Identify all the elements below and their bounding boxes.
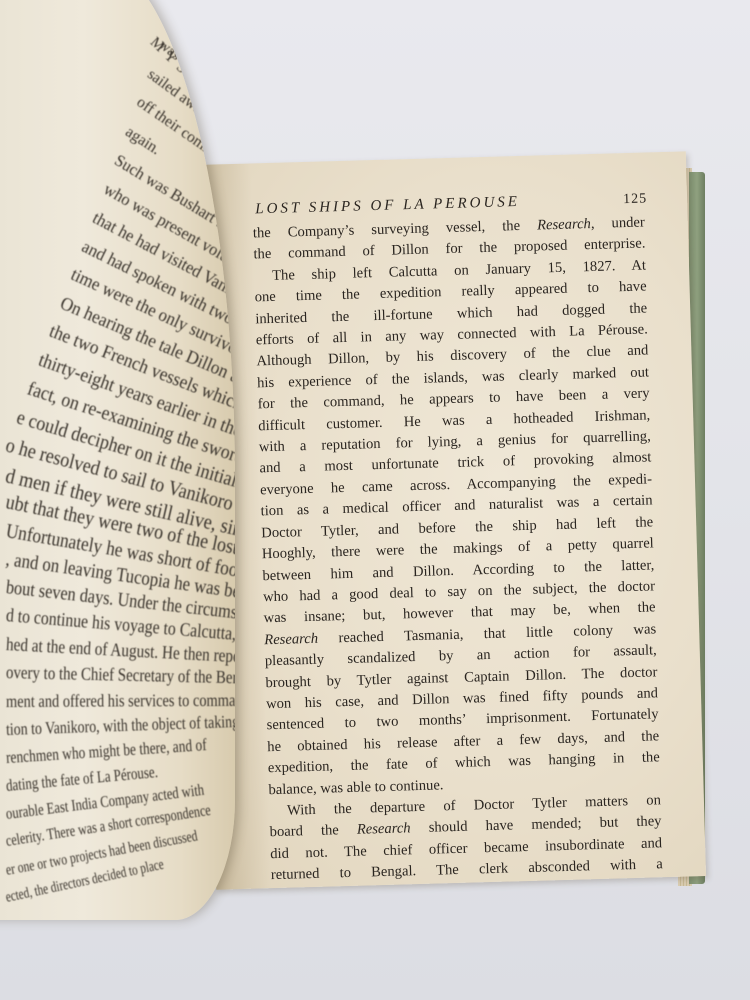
italic-ship-name: Research (264, 630, 318, 647)
left-page-text: MYSTERIES OF THE was ready, most of them… (0, 0, 235, 920)
italic-ship-name: Research (357, 821, 411, 838)
running-head-title: LOST SHIPS OF LA PEROUSE (255, 194, 520, 218)
italic-ship-name: Research (537, 216, 591, 233)
left-text-line: overy to the Chief Secretary of the Beng… (6, 662, 235, 689)
left-text-line: ment and offered his services to command (6, 689, 235, 711)
body-text: the Company’s surveying vessel, the Rese… (253, 212, 663, 886)
right-book-page: LOST SHIPS OF LA PEROUSE 125 the Company… (196, 151, 706, 889)
page-number: 125 (623, 191, 647, 208)
left-book-page-curled: MYSTERIES OF THE was ready, most of them… (0, 0, 235, 920)
book-photo: LOST SHIPS OF LA PEROUSE 125 the Company… (0, 0, 750, 1000)
left-text-line: again. (122, 122, 164, 159)
left-text-line: renchmen who might be there, and of (5, 735, 207, 768)
